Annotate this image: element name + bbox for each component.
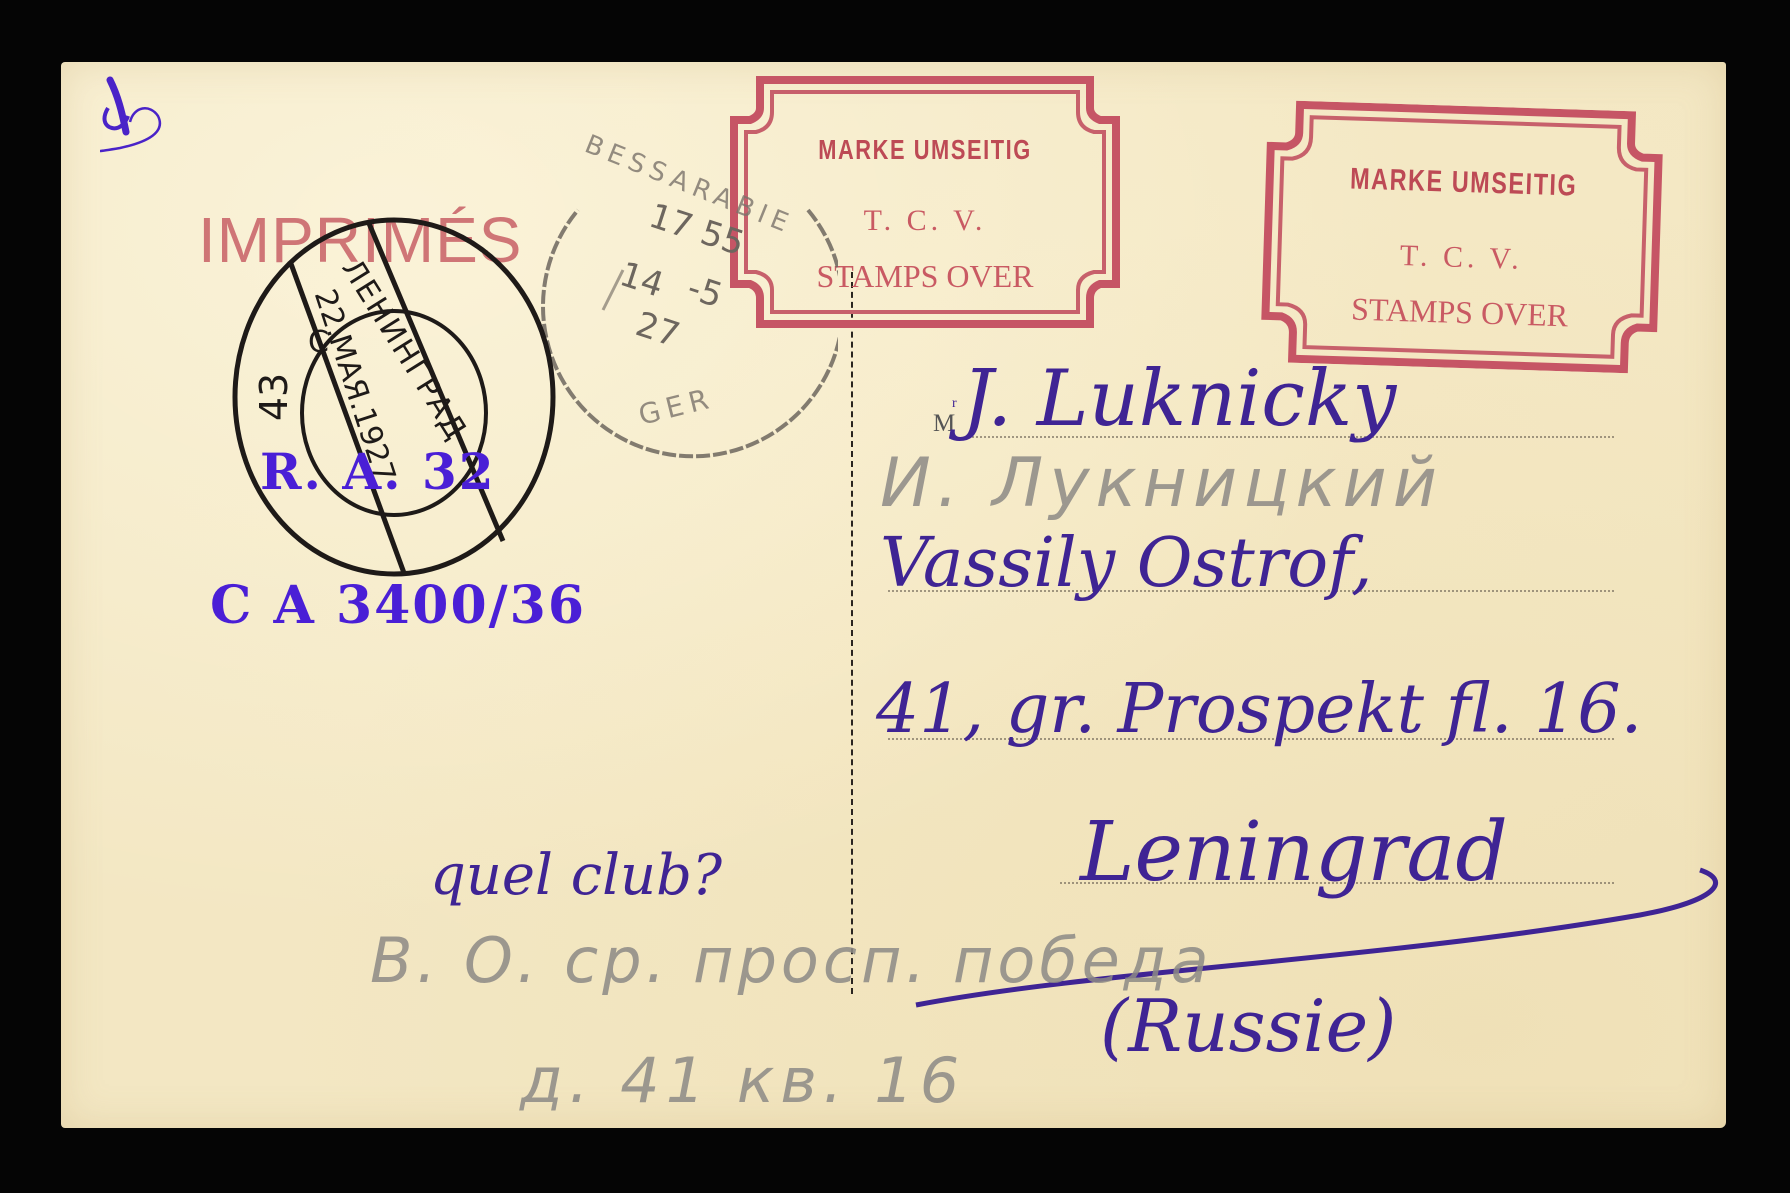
leningrad-postmark: ЛЕНИНГРАД С 22.МАЯ.1927 43: [228, 213, 560, 581]
address-prefix-sup: r: [952, 396, 957, 412]
recipient-name-cyrillic: И. Лукницкий: [880, 450, 1443, 518]
recipient-name: J. Luknicky: [962, 360, 1396, 438]
tcv-cachet-2: MARKE UMSEITIG T. C. V. STAMPS OVER: [1258, 100, 1666, 374]
street-line: Vassily Ostrof,: [880, 530, 1373, 598]
ca-number-stamp: C A 3400/36: [210, 580, 586, 632]
initial-mark-icon: [88, 76, 168, 156]
address-prefix: M: [933, 410, 955, 438]
pencil-note-line-1: В. О. ср. просп. победа: [370, 930, 1213, 992]
address-line: 41, gr. Prospekt fl. 16.: [876, 676, 1642, 744]
card-divider-line: [851, 272, 853, 994]
postmark-number: 43: [252, 373, 296, 421]
note-quel-club: quel club?: [430, 848, 722, 904]
pencil-note-line-2: д. 41 кв. 16: [520, 1050, 965, 1112]
ra32-stamp: R. A. 32: [260, 447, 496, 497]
